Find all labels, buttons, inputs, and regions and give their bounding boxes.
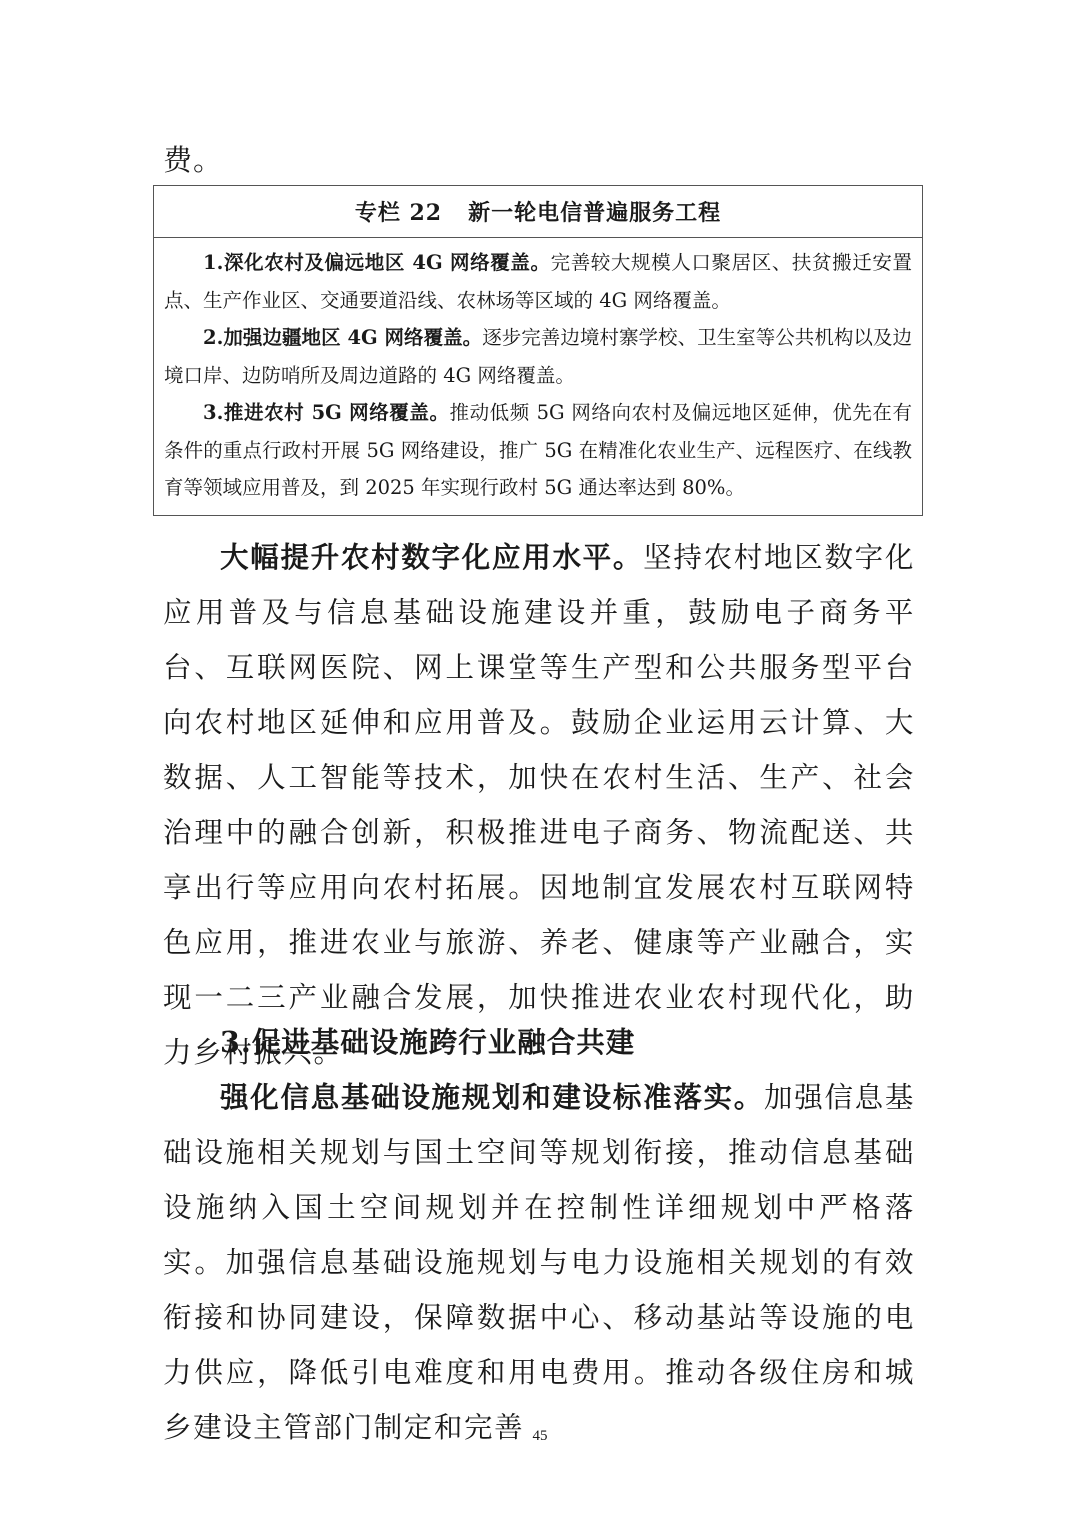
feature-box-item: 3.推进农村 5G 网络覆盖。推动低频 5G 网络向农村及偏远地区延伸，优先在有… bbox=[164, 394, 912, 507]
paragraph-infrastructure-planning: 强化信息基础设施规划和建设标准落实。加强信息基础设施相关规划与国土空间等规划衔接… bbox=[163, 1070, 915, 1455]
feature-box-body: 1.深化农村及偏远地区 4G 网络覆盖。完善较大规模人口聚居区、扶贫搬迁安置点、… bbox=[154, 238, 922, 507]
page-number: 45 bbox=[0, 1428, 1080, 1445]
feature-box-header: 专栏 22 新一轮电信普遍服务工程 bbox=[154, 186, 922, 238]
section-heading: 3.促进基础设施跨行业融合共建 bbox=[220, 1015, 635, 1070]
feature-box-title: 新一轮电信普遍服务工程 bbox=[468, 196, 721, 227]
item-heading: 2.加强边疆地区 4G 网络覆盖。 bbox=[203, 326, 482, 349]
feature-box-item: 2.加强边疆地区 4G 网络覆盖。逐步完善边境村寨学校、卫生室等公共机构以及边境… bbox=[164, 319, 912, 394]
item-heading: 1.深化农村及偏远地区 4G 网络覆盖。 bbox=[203, 251, 551, 274]
paragraph-lead: 强化信息基础设施规划和建设标准落实。 bbox=[220, 1080, 764, 1114]
feature-box-item: 1.深化农村及偏远地区 4G 网络覆盖。完善较大规模人口聚居区、扶贫搬迁安置点、… bbox=[164, 244, 912, 319]
carry-over-text: 费。 bbox=[163, 140, 223, 180]
feature-box-label: 专栏 22 bbox=[355, 196, 442, 227]
item-heading: 3.推进农村 5G 网络覆盖。 bbox=[203, 401, 450, 424]
paragraph-text: 加强信息基础设施相关规划与国土空间等规划衔接，推动信息基础设施纳入国土空间规划并… bbox=[163, 1081, 915, 1444]
paragraph-rural-digital: 大幅提升农村数字化应用水平。坚持农村地区数字化应用普及与信息基础设施建设并重，鼓… bbox=[163, 530, 915, 1080]
paragraph-lead: 大幅提升农村数字化应用水平。 bbox=[220, 540, 643, 574]
paragraph-text: 坚持农村地区数字化应用普及与信息基础设施建设并重，鼓励电子商务平台、互联网医院、… bbox=[163, 541, 915, 1069]
feature-box: 专栏 22 新一轮电信普遍服务工程 1.深化农村及偏远地区 4G 网络覆盖。完善… bbox=[153, 185, 923, 516]
document-page: 费。 专栏 22 新一轮电信普遍服务工程 1.深化农村及偏远地区 4G 网络覆盖… bbox=[0, 0, 1080, 1527]
